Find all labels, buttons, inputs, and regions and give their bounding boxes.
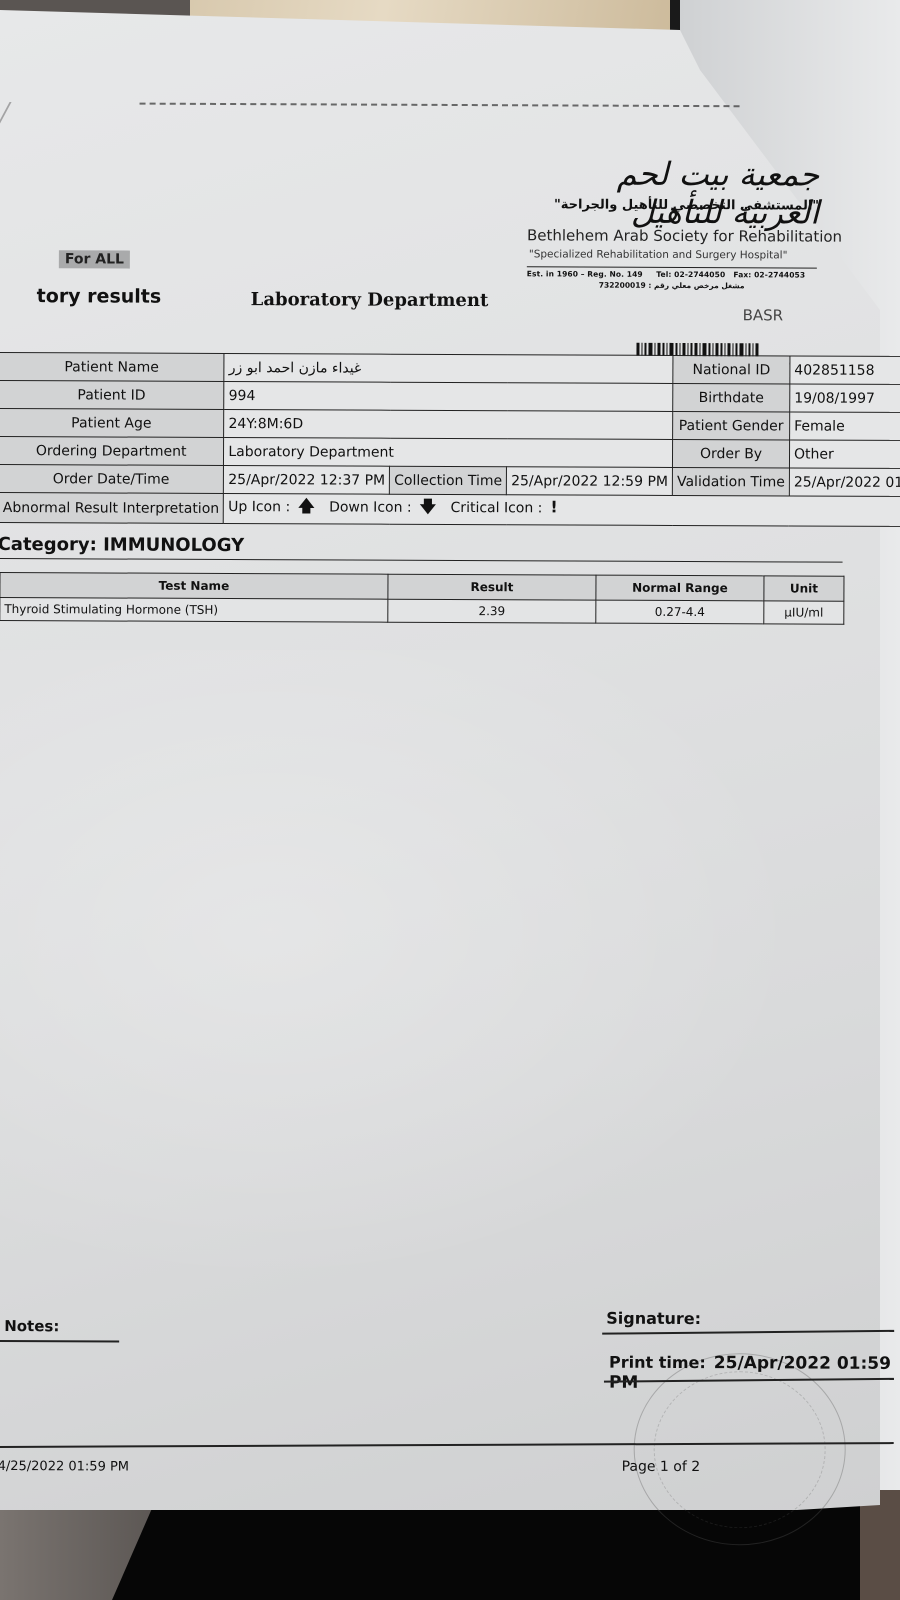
col-unit: Unit (764, 576, 844, 601)
cell-unit: µIU/ml (764, 601, 844, 624)
badge-for-all: For ALL (59, 250, 130, 268)
value-gender: Female (790, 412, 900, 441)
legend-up-label: Up Icon : (228, 499, 290, 515)
row-times: Order Date/Time 25/Apr/2022 12:37 PM Col… (0, 464, 900, 496)
hospital-name-english: "Specialized Rehabilitation and Surgery … (529, 248, 788, 261)
footer-printed-at: 4/25/2022 01:59 PM (0, 1459, 129, 1475)
exclamation-icon: ! (550, 497, 557, 516)
value-patient-name: غيداء مازن احمد ابو زر (224, 353, 673, 383)
org-code: BASR (743, 306, 784, 324)
page-number: Page 1 of 2 (622, 1459, 701, 1475)
label-birthdate: Birthdate (673, 383, 790, 412)
cell-normal-range: 0.27-4.4 (596, 600, 764, 624)
notes-label: Notes: (4, 1317, 59, 1335)
label-patient-age: Patient Age (0, 408, 224, 437)
category-rule (0, 558, 843, 563)
value-patient-id: 994 (224, 381, 673, 411)
label-patient-name: Patient Name (0, 352, 224, 381)
col-normal-range: Normal Range (596, 575, 764, 601)
registration-line: Est. in 1960 – Reg. No. 149 Tel: 02-2744… (527, 269, 805, 279)
label-order-by: Order By (673, 439, 790, 468)
table-row: Thyroid Stimulating Hormone (TSH) 2.39 0… (0, 598, 844, 625)
cell-result: 2.39 (388, 599, 596, 623)
value-order-by: Other (789, 440, 900, 469)
label-ordering-dept: Ordering Department (0, 436, 224, 465)
signature-rule (602, 1330, 894, 1335)
patient-info-table: Patient Name غيداء مازن احمد ابو زر Nati… (0, 352, 900, 527)
frame-edge (140, 103, 740, 108)
row-ordering-dept: Ordering Department Laboratory Departmen… (0, 436, 900, 468)
label-collection-time: Collection Time (390, 466, 507, 495)
results-header: Test Name Result Normal Range Unit (0, 573, 844, 602)
patient-name-text: غيداء مازن احمد ابو زر (229, 360, 362, 377)
value-national-id: 402851158 (790, 356, 900, 385)
report-title: tory results (37, 285, 162, 308)
telephone: Tel: 02-2744050 (656, 270, 725, 279)
arrow-up-icon: 🡅 (298, 495, 315, 522)
fax: Fax: 02-2744053 (733, 270, 805, 279)
header-divider (527, 266, 817, 268)
row-patient-id: Patient ID 994 Birthdate 19/08/1997 (0, 380, 900, 412)
frame-fold (0, 102, 12, 351)
notes-rule (0, 1340, 119, 1343)
label-order-time: Order Date/Time (0, 464, 224, 493)
arrow-down-icon: 🡇 (420, 496, 437, 523)
hospital-name-arabic: "المستشفى التخصصي للتأهيل والجراحة" (539, 197, 819, 213)
row-patient-age: Patient Age 24Y:8M:6D Patient Gender Fem… (0, 408, 900, 440)
label-national-id: National ID (673, 355, 790, 384)
legend-down-label: Down Icon : (329, 499, 412, 515)
signature-label: Signature: (606, 1309, 701, 1328)
results-table: Test Name Result Normal Range Unit Thyro… (0, 572, 844, 625)
license-number: مشغل مرخص معلي رقم : 732200019 (599, 281, 745, 291)
row-patient-name: Patient Name غيداء مازن احمد ابو زر Nati… (0, 352, 900, 384)
legend-icons: Up Icon :🡅 Down Icon :🡇 Critical Icon :! (224, 493, 900, 526)
value-patient-age: 24Y:8M:6D (224, 409, 673, 439)
col-result: Result (388, 574, 596, 600)
department-title: Laboratory Department (251, 289, 489, 311)
org-name-arabic: جمعية بيت لحم العربية للتأهيل (529, 154, 819, 231)
label-patient-id: Patient ID (0, 380, 224, 409)
legend-critical-label: Critical Icon : (451, 500, 543, 516)
value-birthdate: 19/08/1997 (790, 384, 900, 413)
value-ordering-dept: Laboratory Department (224, 437, 673, 467)
value-validation-time: 25/Apr/2022 01:59 PM (789, 468, 900, 497)
cell-test-name: Thyroid Stimulating Hormone (TSH) (0, 598, 388, 623)
print-time: Print time:25/Apr/2022 01:59 PM (609, 1353, 894, 1394)
col-test-name: Test Name (0, 573, 388, 600)
label-abnormal-legend: Abnormal Result Interpretation (0, 492, 224, 523)
category-heading: Category: IMMUNOLOGY (0, 534, 244, 556)
lab-report: جمعية بيت لحم العربية للتأهيل "المستشفى … (0, 0, 900, 1600)
label-validation-time: Validation Time (672, 467, 789, 496)
value-order-time: 25/Apr/2022 12:37 PM (224, 465, 390, 494)
established: Est. in 1960 – Reg. No. 149 (527, 269, 643, 279)
row-legend: Abnormal Result Interpretation Up Icon :… (0, 492, 900, 526)
hospital-stamp-inner (653, 1371, 826, 1529)
label-gender: Patient Gender (673, 411, 790, 440)
value-collection-time: 25/Apr/2022 12:59 PM (507, 467, 673, 496)
print-time-label: Print time: (609, 1353, 706, 1372)
org-name-english: Bethlehem Arab Society for Rehabilitatio… (527, 226, 842, 245)
